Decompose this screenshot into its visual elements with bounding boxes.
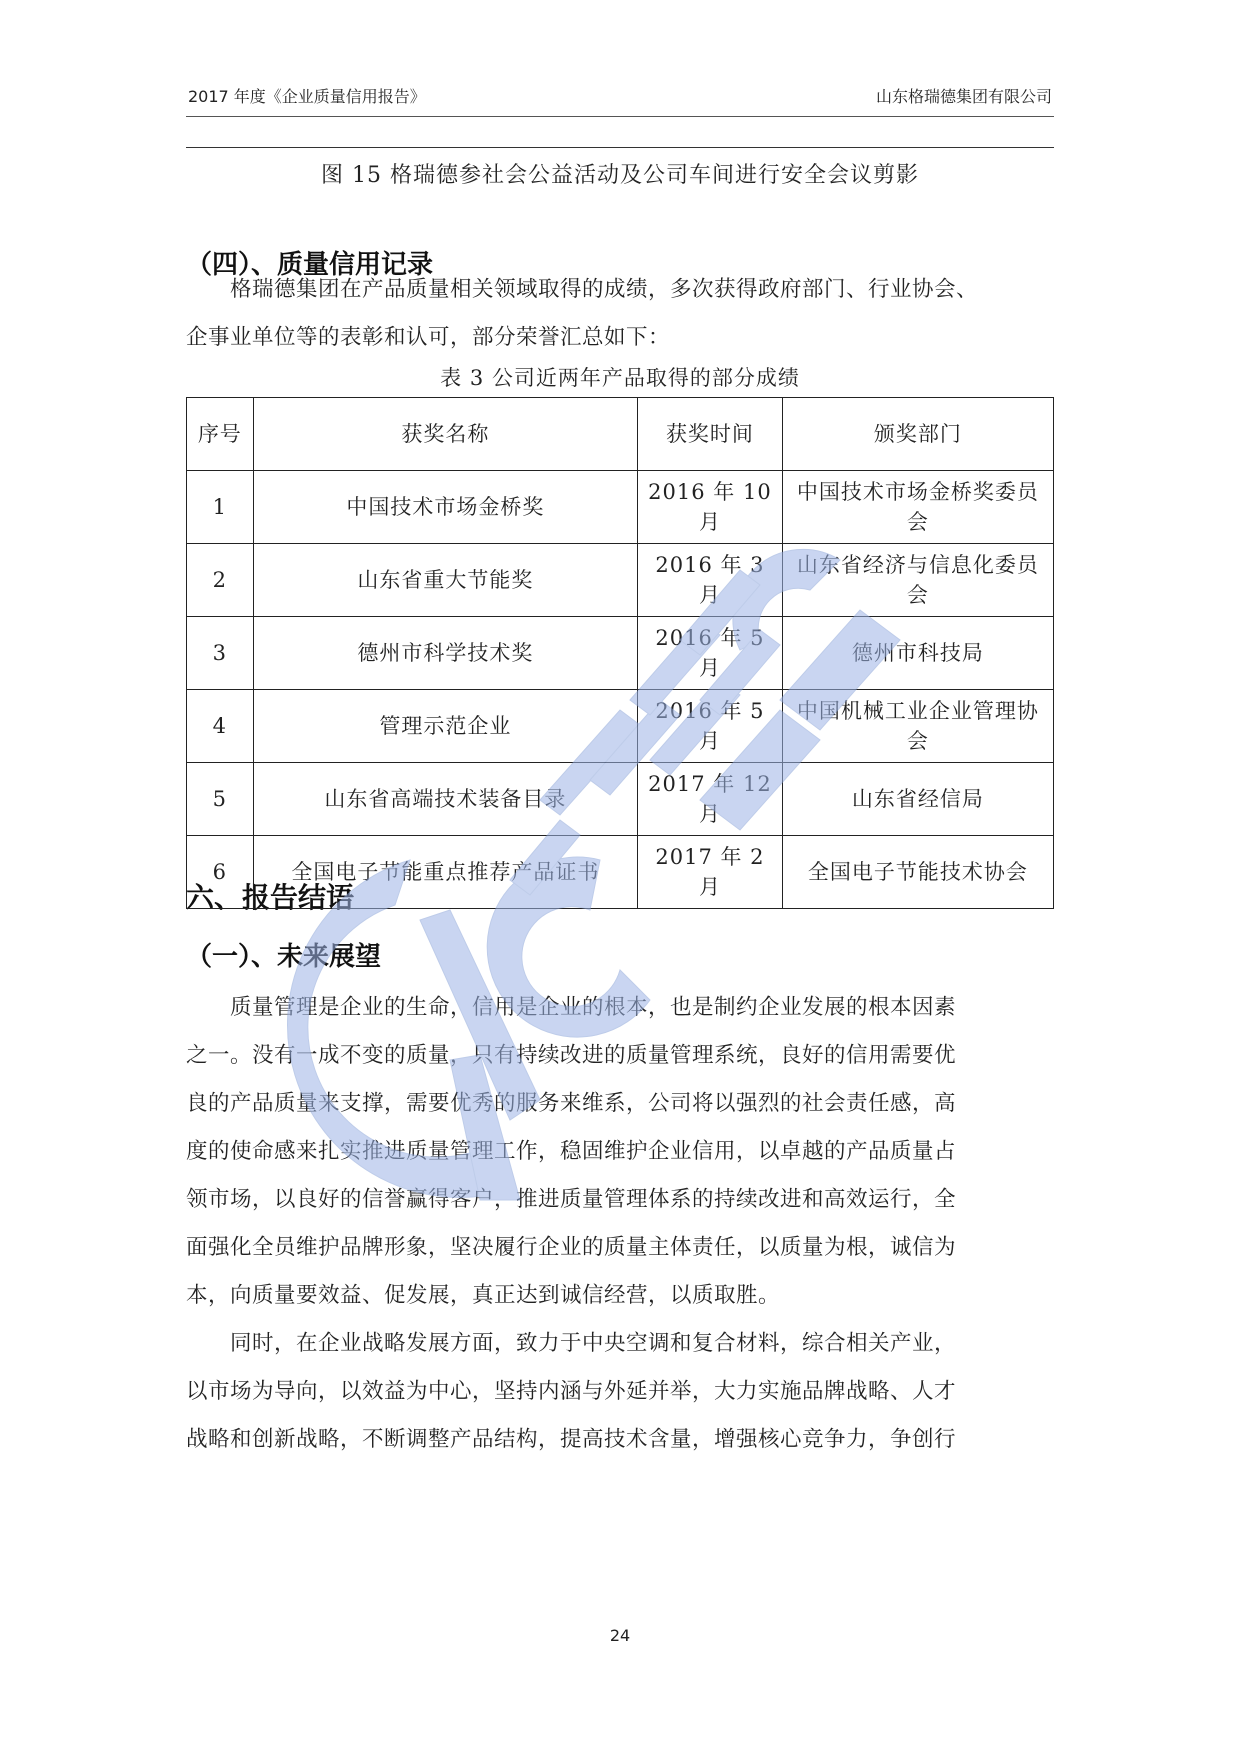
- intro-line-2: 企事业单位等的表彰和认可，部分荣誉汇总如下：: [186, 314, 1054, 362]
- table-row: 3 德州市科学技术奖 2016 年 5 月 德州市科技局: [187, 617, 1054, 690]
- header-cell-issuer: 颁奖部门: [782, 398, 1053, 471]
- page-number: 24: [0, 1626, 1240, 1645]
- header-cell-award-date: 获奖时间: [638, 398, 783, 471]
- cell-index: 6: [187, 836, 254, 909]
- paragraph-line: 度的使命感来扎实推进质量管理工作，稳固维护企业信用，以卓越的产品质量占: [186, 1128, 1054, 1176]
- subsection-heading-outlook: （一）、未来展望: [186, 936, 381, 973]
- cell-issuer: 全国电子节能技术协会: [782, 836, 1053, 909]
- cell-award-name: 山东省重大节能奖: [253, 544, 638, 617]
- cell-index: 1: [187, 471, 254, 544]
- cell-index: 5: [187, 763, 254, 836]
- cell-award-date: 2016 年 10 月: [638, 471, 783, 544]
- table-row: 5 山东省高端技术装备目录 2017 年 12 月 山东省经信局: [187, 763, 1054, 836]
- outlook-paragraph-1: 质量管理是企业的生命，信用是企业的根本，也是制约企业发展的根本因素 之一。没有一…: [186, 984, 1054, 1320]
- figure-caption: 图 15 格瑞德参社会公益活动及公司车间进行安全会议剪影: [186, 158, 1054, 189]
- cell-award-name: 德州市科学技术奖: [253, 617, 638, 690]
- table-row: 2 山东省重大节能奖 2016 年 3 月 山东省经济与信息化委员会: [187, 544, 1054, 617]
- paragraph-line: 质量管理是企业的生命，信用是企业的根本，也是制约企业发展的根本因素: [186, 984, 1054, 1032]
- paragraph-line: 面强化全员维护品牌形象，坚决履行企业的质量主体责任，以质量为根，诚信为: [186, 1224, 1054, 1272]
- page-header: 2017 年度《企业质量信用报告》 山东格瑞德集团有限公司: [186, 84, 1054, 106]
- cell-award-name: 全国电子节能重点推荐产品证书: [253, 836, 638, 909]
- cell-issuer: 山东省经济与信息化委员会: [782, 544, 1053, 617]
- figure-top-rule: [186, 147, 1054, 148]
- cell-award-name: 管理示范企业: [253, 690, 638, 763]
- paragraph-line: 之一。没有一成不变的质量，只有持续改进的质量管理系统，良好的信用需要优: [186, 1032, 1054, 1080]
- quality-record-intro: 格瑞德集团在产品质量相关领域取得的成绩，多次获得政府部门、行业协会、 企事业单位…: [186, 266, 1054, 362]
- header-cell-index: 序号: [187, 398, 254, 471]
- cell-award-date: 2016 年 5 月: [638, 617, 783, 690]
- cell-award-date: 2016 年 5 月: [638, 690, 783, 763]
- cell-issuer: 中国技术市场金桥奖委员会: [782, 471, 1053, 544]
- paragraph-line: 本，向质量要效益、促发展，真正达到诚信经营，以质取胜。: [186, 1272, 1054, 1320]
- paragraph-line: 战略和创新战略，不断调整产品结构，提高技术含量，增强核心竞争力，争创行: [186, 1416, 1054, 1464]
- cell-award-date: 2016 年 3 月: [638, 544, 783, 617]
- header-report-title: 2017 年度《企业质量信用报告》: [188, 84, 426, 107]
- cell-award-date: 2017 年 12 月: [638, 763, 783, 836]
- table-row: 4 管理示范企业 2016 年 5 月 中国机械工业企业管理协会: [187, 690, 1054, 763]
- paragraph-line: 领市场，以良好的信誉赢得客户，推进质量管理体系的持续改进和高效运行，全: [186, 1176, 1054, 1224]
- cell-award-name: 中国技术市场金桥奖: [253, 471, 638, 544]
- cell-issuer: 德州市科技局: [782, 617, 1053, 690]
- cell-issuer: 山东省经信局: [782, 763, 1053, 836]
- header-rule: [186, 116, 1054, 117]
- cell-award-name: 山东省高端技术装备目录: [253, 763, 638, 836]
- cell-index: 2: [187, 544, 254, 617]
- table-row: 6 全国电子节能重点推荐产品证书 2017 年 2 月 全国电子节能技术协会: [187, 836, 1054, 909]
- paragraph-line: 同时，在企业战略发展方面，致力于中央空调和复合材料，综合相关产业，: [186, 1320, 1054, 1368]
- intro-line-1: 格瑞德集团在产品质量相关领域取得的成绩，多次获得政府部门、行业协会、: [186, 266, 1054, 314]
- cell-award-date: 2017 年 2 月: [638, 836, 783, 909]
- cell-index: 3: [187, 617, 254, 690]
- header-cell-award-name: 获奖名称: [253, 398, 638, 471]
- awards-table: 序号 获奖名称 获奖时间 颁奖部门 1 中国技术市场金桥奖 2016 年 10 …: [186, 397, 1054, 909]
- paragraph-line: 以市场为导向，以效益为中心，坚持内涵与外延并举，大力实施品牌战略、人才: [186, 1368, 1054, 1416]
- cell-index: 4: [187, 690, 254, 763]
- table-caption: 表 3 公司近两年产品取得的部分成绩: [186, 362, 1054, 392]
- header-company-name: 山东格瑞德集团有限公司: [876, 84, 1052, 107]
- table-row: 1 中国技术市场金桥奖 2016 年 10 月 中国技术市场金桥奖委员会: [187, 471, 1054, 544]
- cell-issuer: 中国机械工业企业管理协会: [782, 690, 1053, 763]
- outlook-paragraph-2: 同时，在企业战略发展方面，致力于中央空调和复合材料，综合相关产业， 以市场为导向…: [186, 1320, 1054, 1464]
- paragraph-line: 良的产品质量来支撑，需要优秀的服务来维系，公司将以强烈的社会责任感，高: [186, 1080, 1054, 1128]
- table-header-row: 序号 获奖名称 获奖时间 颁奖部门: [187, 398, 1054, 471]
- document-page: 2017 年度《企业质量信用报告》 山东格瑞德集团有限公司 图 15 格瑞德参社…: [0, 0, 1240, 1754]
